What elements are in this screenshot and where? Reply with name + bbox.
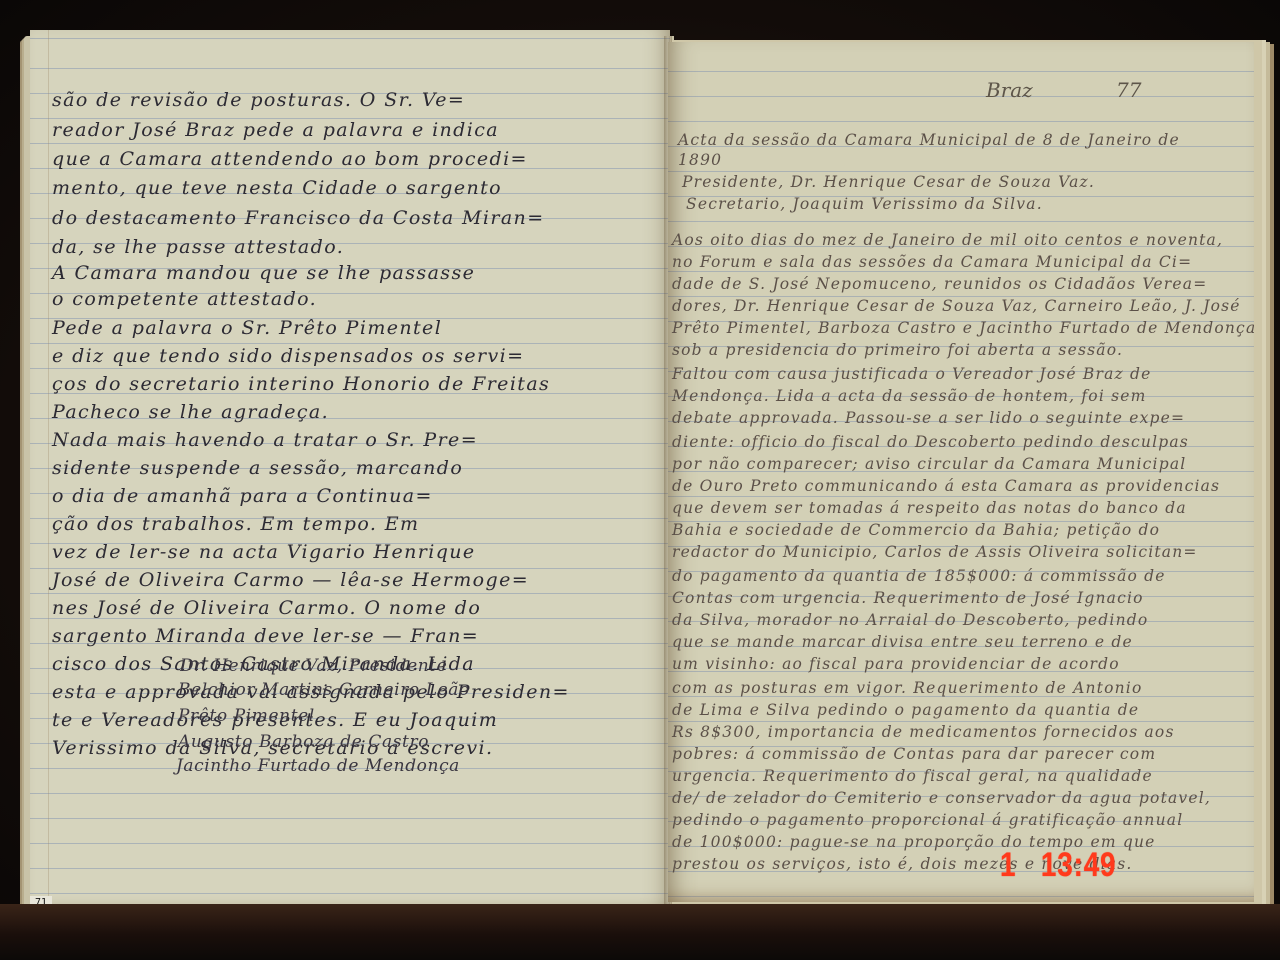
- signature: Belchior Martins Carneiro Leão: [178, 678, 470, 702]
- table-surface: [0, 904, 1280, 960]
- text-line: nes José de Oliveira Carmo. O nome do: [52, 596, 481, 620]
- text-line: Bahia e sociedade de Commercio da Bahia;…: [672, 518, 1160, 542]
- text-line: são de revisão de posturas. O Sr. Ve=: [52, 88, 465, 112]
- text-line: mento, que teve nesta Cidade o sargento: [52, 176, 502, 200]
- acta-title: Acta da sessão da Camara Municipal de 8 …: [678, 128, 1180, 152]
- text-line: um visinho: ao fiscal para providenciar …: [672, 652, 1120, 676]
- text-line: sob a presidencia do primeiro foi aberta…: [672, 338, 1123, 362]
- text-line: redactor do Municipio, Carlos de Assis O…: [672, 540, 1198, 564]
- text-line: debate approvada. Passou-se a ser lido o…: [672, 406, 1185, 430]
- text-line: por não comparecer; aviso circular da Ca…: [672, 452, 1186, 476]
- text-line: dores, Dr. Henrique Cesar de Souza Vaz, …: [672, 294, 1241, 318]
- signature: Jacintho Furtado de Mendonça: [176, 754, 460, 778]
- text-line: Mendonça. Lida a acta da sessão de honte…: [672, 384, 1147, 408]
- text-line: pobres: á commissão de Contas para dar p…: [672, 742, 1156, 766]
- text-line: Pacheco se lhe agradeça.: [52, 400, 329, 424]
- acta-year: 1890: [678, 148, 722, 172]
- text-line: de Ouro Preto communicando á esta Camara…: [672, 474, 1220, 498]
- text-line: pedindo o pagamento proporcional á grati…: [672, 808, 1183, 832]
- text-line: Prêto Pimentel, Barboza Castro e Jacinth…: [672, 316, 1254, 340]
- margin-line: [48, 30, 49, 910]
- text-line: de Lima e Silva pedindo o pagamento da q…: [672, 698, 1139, 722]
- text-line: o competente attestado.: [52, 287, 317, 311]
- text-line: que se mande marcar divisa entre seu ter…: [672, 630, 1133, 654]
- signature: Augusto Barboza de Castro: [178, 730, 429, 754]
- camera-timestamp: 113:49: [1000, 846, 1116, 885]
- text-line: Pede a palavra o Sr. Prêto Pimentel: [52, 316, 442, 340]
- right-page: Braz 77 Acta da sessão da Camara Municip…: [668, 42, 1254, 902]
- secretary-line: Secretario, Joaquim Verissimo da Silva.: [686, 192, 1043, 216]
- text-line: Rs 8$300, importancia de medicamentos fo…: [672, 720, 1175, 744]
- text-line: José de Oliveira Carmo — lêa-se Hermoge=: [52, 568, 529, 592]
- text-line: no Forum e sala das sessões da Camara Mu…: [672, 250, 1192, 274]
- text-line: ços do secretario interino Honorio de Fr…: [52, 372, 550, 396]
- text-line: ção dos trabalhos. Em tempo. Em: [52, 512, 419, 536]
- text-line: sargento Miranda deve ler-se — Fran=: [52, 624, 479, 648]
- text-line: que devem ser tomadas á respeito das not…: [672, 496, 1187, 520]
- text-line: do destacamento Francisco da Costa Miran…: [52, 206, 545, 230]
- timestamp-time: 13:49: [1041, 846, 1116, 884]
- text-line: com as posturas em vigor. Requerimento d…: [672, 676, 1143, 700]
- president-line: Presidente, Dr. Henrique Cesar de Souza …: [682, 170, 1095, 194]
- text-line: de/ de zelador do Cemiterio e conservado…: [672, 786, 1211, 810]
- text-line: e diz que tendo sido dispensados os serv…: [52, 344, 524, 368]
- text-line: que a Camara attendendo ao bom procedi=: [52, 147, 528, 171]
- text-line: diente: officio do fiscal do Descoberto …: [672, 430, 1189, 454]
- signature: Prêto Pimentel: [178, 704, 315, 728]
- text-line: Faltou com causa justificada o Vereador …: [672, 362, 1152, 386]
- signature-president: Dr. Henrique Vaz, Presidente: [180, 654, 447, 678]
- text-line: Nada mais havendo a tratar o Sr. Pre=: [52, 428, 478, 452]
- page-number: 77: [1116, 78, 1141, 102]
- text-line: reador José Braz pede a palavra e indica: [52, 118, 499, 142]
- text-line: A Camara mandou que se lhe passasse: [52, 261, 475, 285]
- text-line: vez de ler-se na acta Vigario Henrique: [52, 540, 476, 564]
- left-page: são de revisão de posturas. O Sr. Ve= re…: [30, 30, 670, 910]
- text-line: sidente suspende a sessão, marcando: [52, 456, 463, 480]
- text-line: da Silva, morador no Arraial do Descober…: [672, 608, 1148, 632]
- timestamp-day: 1: [1000, 846, 1016, 884]
- text-line: dade de S. José Nepomuceno, reunidos os …: [672, 272, 1207, 296]
- text-line: Aos oito dias do mez de Janeiro de mil o…: [672, 228, 1223, 252]
- text-line: o dia de amanhã para a Continua=: [52, 484, 433, 508]
- text-line: Contas com urgencia. Requerimento de Jos…: [672, 586, 1144, 610]
- text-line: urgencia. Requerimento do fiscal geral, …: [672, 764, 1153, 788]
- open-ledger-photo: são de revisão de posturas. O Sr. Ve= re…: [0, 0, 1280, 960]
- text-line: do pagamento da quantia de 185$000: á co…: [672, 564, 1166, 588]
- header-mark: Braz: [986, 78, 1033, 102]
- text-line: da, se lhe passe attestado.: [52, 235, 344, 259]
